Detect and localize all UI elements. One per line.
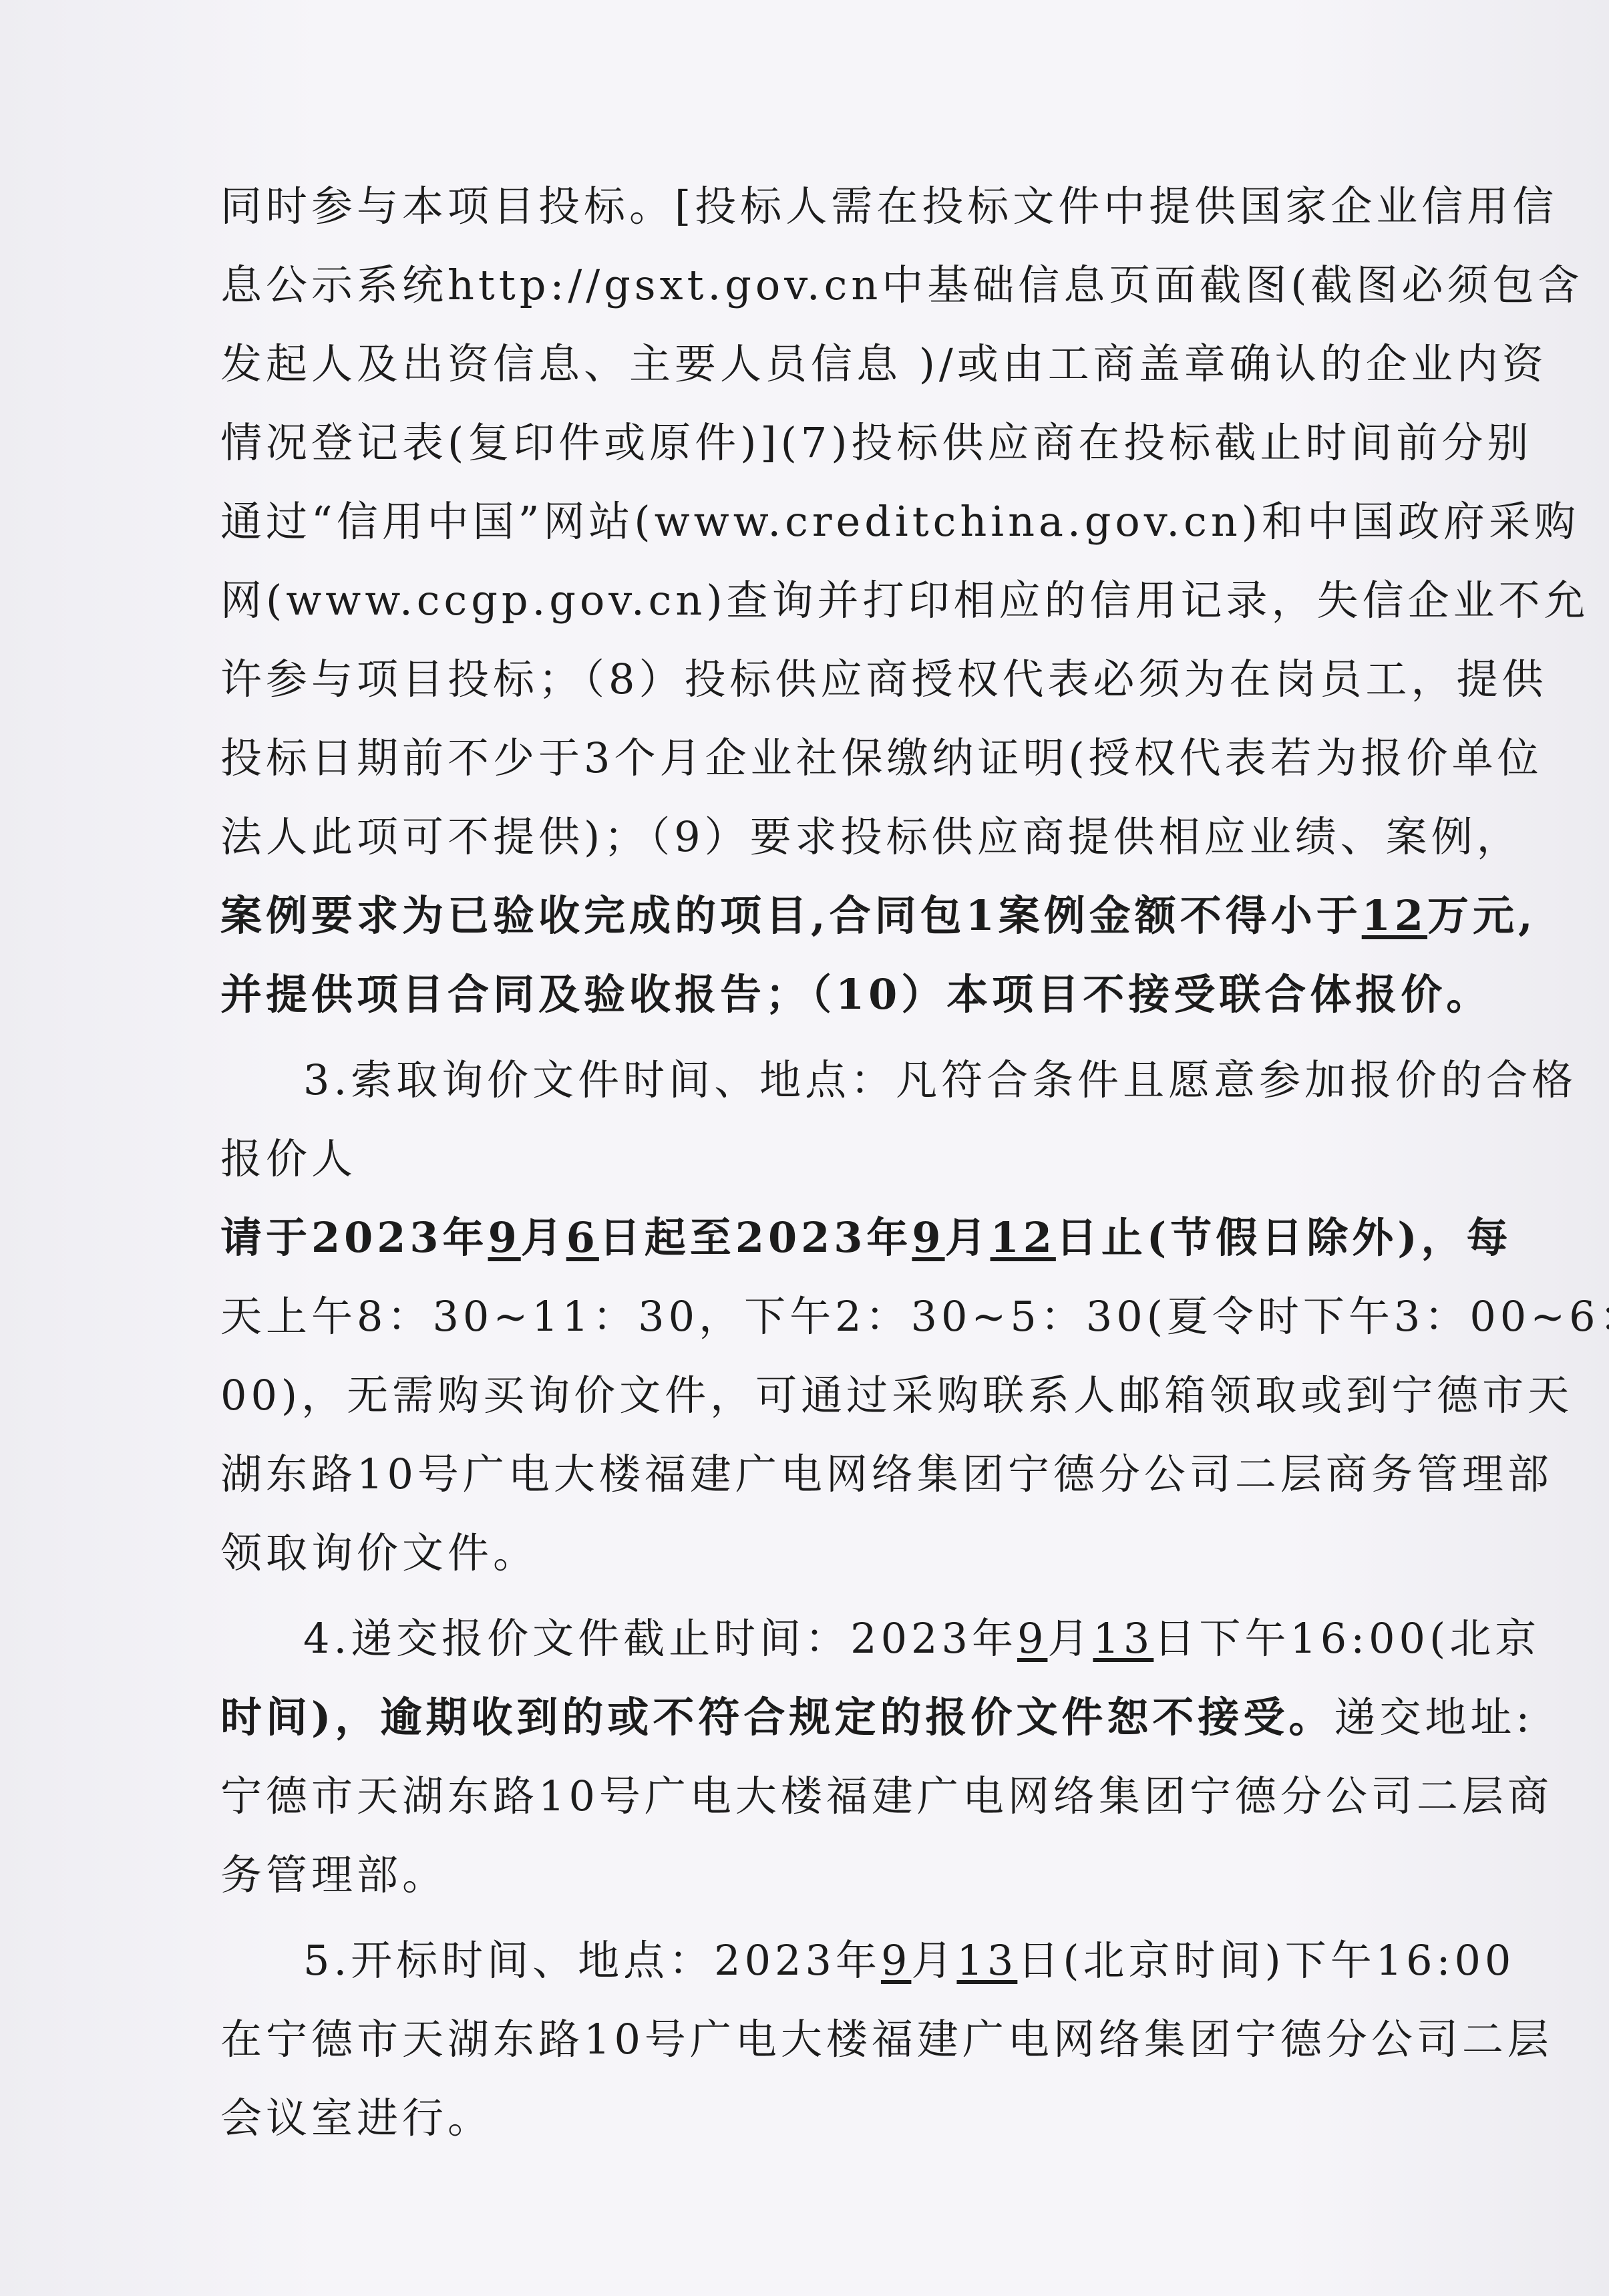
deadline-day: 13 — [1093, 1614, 1153, 1663]
text-line: 许参与项目投标；（8）投标供应商授权代表必须为在岗员工，提供 — [220, 640, 1423, 719]
scanned-page: 同时参与本项目投标。[投标人需在投标文件中提供国家企业信用信 息公示系统http… — [0, 0, 1609, 2296]
month-char: 月 — [945, 1213, 991, 1262]
case-amount-line: 案例要求为已验收完成的项目,合同包1案例金额不得小于12万元, — [220, 876, 1423, 955]
section-3-date-range: 请于2023年9月6日起至2023年9月12日止(节假日除外)，每 — [220, 1198, 1423, 1277]
section-4-heading: 4.递交报价文件截止时间：2023年9月13日下午16:00(北京 — [220, 1599, 1423, 1678]
text-line: 报价人 — [220, 1120, 1423, 1198]
opening-month: 9 — [881, 1936, 911, 1985]
start-month: 9 — [488, 1213, 521, 1262]
date-suffix: 日止(节假日除外)，每 — [1056, 1213, 1512, 1262]
late-submission-notice: 时间)，逾期收到的或不符合规定的报价文件恕不接受。 — [220, 1693, 1334, 1742]
section-3-heading: 3.索取询价文件时间、地点：凡符合条件且愿意参加报价的合格 — [220, 1041, 1423, 1120]
text-line: 在宁德市天湖东路10号广电大楼福建广电网络集团宁德分公司二层 — [220, 2000, 1423, 2079]
opening-suffix: 日(北京时间)下午16:00 — [1017, 1936, 1515, 1985]
text-line: 投标日期前不少于3个月企业社保缴纳证明(授权代表若为报价单位 — [220, 719, 1423, 798]
section-5-bid-opening: 5.开标时间、地点：2023年9月13日(北京时间)下午16:00 在宁德市天湖… — [220, 1921, 1423, 2158]
section-3-obtain-documents: 3.索取询价文件时间、地点：凡符合条件且愿意参加报价的合格 报价人 请于2023… — [220, 1041, 1423, 1593]
text-line: 网(www.ccgp.gov.cn)查询并打印相应的信用记录，失信企业不允 — [220, 561, 1423, 640]
case-line-suffix: 万元, — [1427, 891, 1537, 940]
month-char: 月 — [911, 1936, 956, 1985]
text-line: 湖东路10号广电大楼福建广电网络集团宁德分公司二层商务管理部 — [220, 1435, 1423, 1514]
submission-address-label: 递交地址: — [1334, 1693, 1534, 1742]
date-prefix: 请于2023年 — [220, 1213, 488, 1262]
deadline-prefix: 4.递交报价文件截止时间：2023年 — [303, 1614, 1017, 1663]
opening-day: 13 — [956, 1936, 1017, 1985]
case-line-prefix: 案例要求为已验收完成的项目,合同包1案例金额不得小于 — [220, 891, 1362, 940]
paragraph-qualification-requirements: 同时参与本项目投标。[投标人需在投标文件中提供国家企业信用信 息公示系统http… — [220, 167, 1423, 1034]
text-line: 法人此项可不提供)；（9）要求投标供应商提供相应业绩、案例， — [220, 798, 1423, 876]
text-line: 同时参与本项目投标。[投标人需在投标文件中提供国家企业信用信 — [220, 167, 1423, 246]
opening-prefix: 5.开标时间、地点：2023年 — [303, 1936, 881, 1985]
text-line: 领取询价文件。 — [220, 1514, 1423, 1593]
end-day: 12 — [991, 1213, 1056, 1262]
month-char: 月 — [1047, 1614, 1093, 1663]
text-line: 务管理部。 — [220, 1836, 1423, 1915]
case-amount: 12 — [1362, 891, 1427, 940]
text-line: 00)，无需购买询价文件，可通过采购联系人邮箱领取或到宁德市天 — [220, 1356, 1423, 1435]
text-line: 宁德市天湖东路10号广电大楼福建广电网络集团宁德分公司二层商 — [220, 1757, 1423, 1836]
text-line: 并提供项目合同及验收报告；（10）本项目不接受联合体报价。 — [220, 955, 1423, 1034]
section-4-submission-deadline: 4.递交报价文件截止时间：2023年9月13日下午16:00(北京 时间)，逾期… — [220, 1599, 1423, 1915]
end-month: 9 — [912, 1213, 944, 1262]
text-line: 通过“信用中国”网站(www.creditchina.gov.cn)和中国政府采… — [220, 482, 1423, 561]
text-line: 息公示系统http://gsxt.gov.cn中基础信息页面截图(截图必须包含 — [220, 246, 1423, 325]
section-5-heading: 5.开标时间、地点：2023年9月13日(北京时间)下午16:00 — [220, 1921, 1423, 2000]
text-line: 发起人及出资信息、主要人员信息 )/或由工商盖章确认的企业内资 — [220, 325, 1423, 403]
late-submission-line: 时间)，逾期收到的或不符合规定的报价文件恕不接受。递交地址: — [220, 1678, 1423, 1757]
month-char: 月 — [521, 1213, 566, 1262]
date-mid: 日起至2023年 — [599, 1213, 912, 1262]
deadline-suffix: 日下午16:00(北京 — [1153, 1614, 1540, 1663]
start-day: 6 — [566, 1213, 599, 1262]
text-line: 会议室进行。 — [220, 2079, 1423, 2158]
deadline-month: 9 — [1017, 1614, 1047, 1663]
text-line: 天上午8：30~11：30，下午2：30~5：30(夏令时下午3：00~6： — [220, 1277, 1423, 1356]
document-body: 同时参与本项目投标。[投标人需在投标文件中提供国家企业信用信 息公示系统http… — [220, 167, 1423, 2158]
text-line: 情况登记表(复印件或原件)](7)投标供应商在投标截止时间前分别 — [220, 403, 1423, 482]
